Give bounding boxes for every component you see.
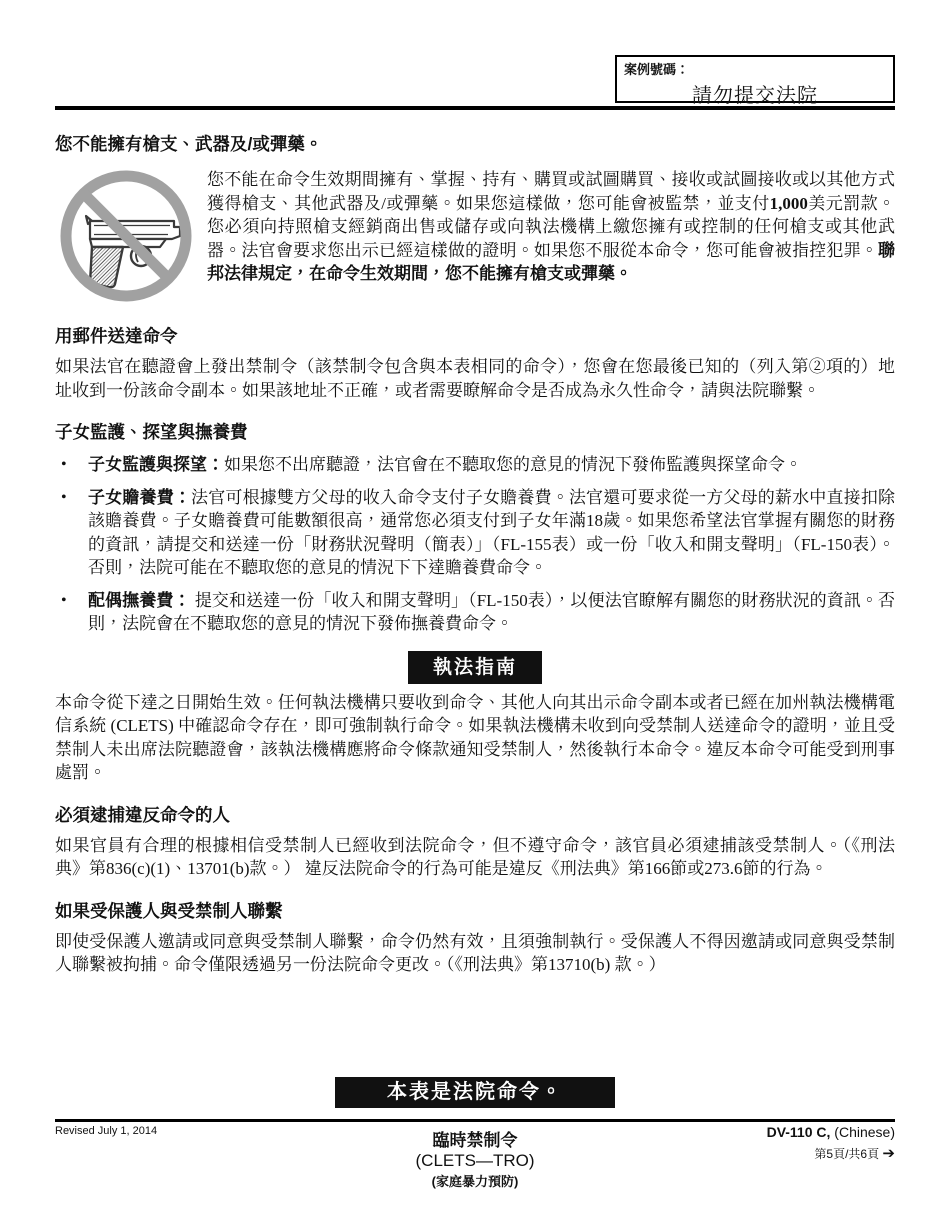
form-title: 臨時禁制令 [416,1126,535,1151]
list-item-custody-visitation: 子女監護與探望：如果您不出席聽證，法官會在不聽取您的意見的情況下發佈監護與探望命… [55,453,895,477]
firearms-paragraph: 您不能在命令生效期間擁有、掌握、持有、購買或試圖購買、接收或試圖接收或以其他方式… [207,168,895,306]
form-code: DV-110 C, [767,1124,831,1140]
page-number-line: 第5頁/共6頁 ➔ [767,1144,895,1162]
section-heading-custody: 子女監護、探望與撫養費 [55,419,895,444]
bullet-text: 提交和送達一份「收入和開支聲明」（FL-150表），以便法官瞭解有關您的財務狀況… [88,591,895,634]
page-footer: Revised July 1, 2014 臨時禁制令 (CLETS—TRO) (… [55,1119,895,1190]
bullet-text: 如果您不出席聽證，法官會在不聽取您的意見的情況下發佈監護與探望命令。 [224,455,802,474]
revision-date: Revised July 1, 2014 [55,1124,157,1190]
bullet-label: 子女贍養費： [88,488,191,507]
case-number-box: 案例號碼： 請勿提交法院 [615,55,895,103]
next-page-arrow-icon: ➔ [882,1145,895,1162]
form-code-line: DV-110 C, (Chinese) [767,1124,895,1142]
court-order-banner: 本表是法院命令。 [335,1077,615,1108]
section-heading-service-by-mail: 用郵件送達命令 [55,323,895,348]
fine-amount: 1,000 [770,194,808,213]
bullet-label: 配偶撫養費： [88,591,191,610]
section-heading-arrest: 必須逮捕違反命令的人 [55,802,895,827]
do-not-file-notice: 請勿提交法院 [624,79,886,108]
section-heading-firearms: 您不能擁有槍支、武器及/或彈藥。 [55,131,895,156]
form-page: 案例號碼： 請勿提交法院 您不能擁有槍支、武器及/或彈藥。 [0,0,950,1230]
page-number: 第5頁/共6頁 [814,1147,879,1161]
contact-paragraph: 即使受保護人邀請或同意與受禁制人聯繫，命令仍然有效，且須強制執行。受保護人不得因… [55,930,895,977]
arrest-paragraph: 如果官員有合理的根據相信受禁制人已經收到法院命令，但不遵守命令，該官員必須逮捕該… [55,834,895,881]
bullet-label: 子女監護與探望： [88,455,224,474]
enforcement-banner: 執法指南 [408,651,542,684]
form-subtitle-2: (家庭暴力預防) [416,1171,535,1190]
list-item-spousal-support: 配偶撫養費： 提交和送達一份「收入和開支聲明」（FL-150表），以便法官瞭解有… [55,589,895,636]
firearms-section: 您不能在命令生效期間擁有、掌握、持有、購買或試圖購買、接收或試圖接收或以其他方式… [55,166,895,306]
bullet-text: 法官可根據雙方父母的收入命令支付子女贍養費。法官還可要求從一方父母的薪水中直接扣… [88,488,895,578]
case-number-label: 案例號碼： [624,62,689,77]
form-language: (Chinese) [830,1124,895,1140]
enforcement-paragraph: 本命令從下達之日開始生效。任何執法機構只要收到命令、其他人向其出示命令副本或者已… [55,691,895,785]
service-by-mail-paragraph: 如果法官在聽證會上發出禁制令（該禁制令包含與本表相同的命令），您會在您最後已知的… [55,355,895,402]
section-heading-contact: 如果受保護人與受禁制人聯繫 [55,898,895,923]
no-guns-icon [55,166,197,306]
form-subtitle: (CLETS—TRO) [416,1151,535,1171]
list-item-child-support: 子女贍養費：法官可根據雙方父母的收入命令支付子女贍養費。法官還可要求從一方父母的… [55,486,895,580]
form-title-block: 臨時禁制令 (CLETS—TRO) (家庭暴力預防) [416,1124,535,1190]
page-header: 案例號碼： 請勿提交法院 [55,0,895,106]
form-code-block: DV-110 C, (Chinese) 第5頁/共6頁 ➔ [767,1124,895,1190]
custody-bullet-list: 子女監護與探望：如果您不出席聽證，法官會在不聽取您的意見的情況下發佈監護與探望命… [55,453,895,636]
